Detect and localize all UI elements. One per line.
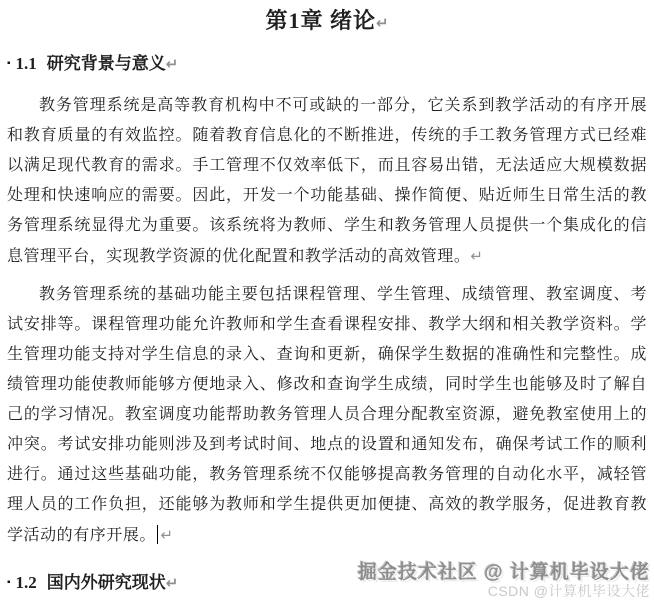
- paragraph-text: 教务管理系统是高等教育机构中不可或缺的一部分，它关系到教学活动的有序开展和教育质…: [7, 97, 647, 265]
- body-paragraph-2[interactable]: 教务管理系统的基础功能主要包括课程管理、学生管理、成绩管理、教室调度、考试安排等…: [7, 280, 647, 551]
- paragraph-mark-icon: ↵: [166, 572, 179, 594]
- section-heading-1-1[interactable]: ▪ 1.1 研究背景与意义 ↵: [7, 53, 647, 75]
- paragraph-mark-icon: ↵: [166, 53, 179, 75]
- paragraph-mark-icon: ↵: [376, 14, 389, 32]
- section-heading-text: 研究背景与意义: [47, 53, 166, 75]
- paragraph-mark-icon: ↵: [470, 247, 483, 265]
- paragraph-text: 教务管理系统的基础功能主要包括课程管理、学生管理、成绩管理、教室调度、考试安排等…: [7, 286, 647, 544]
- heading-bullet-icon: ▪: [7, 53, 11, 75]
- chapter-title-text: 第1章 绪论: [265, 8, 376, 33]
- chapter-title[interactable]: 第1章 绪论↵: [7, 6, 647, 38]
- section-heading-1-2[interactable]: ▪ 1.2 国内外研究现状 ↵: [7, 572, 647, 594]
- heading-bullet-icon: ▪: [7, 572, 11, 594]
- document-page: 第1章 绪论↵ ▪ 1.1 研究背景与意义 ↵ 教务管理系统是高等教育机构中不可…: [0, 0, 654, 601]
- section-number: 1.2: [16, 572, 37, 594]
- section-number: 1.1: [16, 53, 37, 75]
- section-heading-text: 国内外研究现状: [47, 572, 166, 594]
- paragraph-mark-icon: ↵: [160, 526, 173, 544]
- body-paragraph-1[interactable]: 教务管理系统是高等教育机构中不可或缺的一部分，它关系到教学活动的有序开展和教育质…: [7, 91, 647, 272]
- text-cursor: [157, 525, 159, 544]
